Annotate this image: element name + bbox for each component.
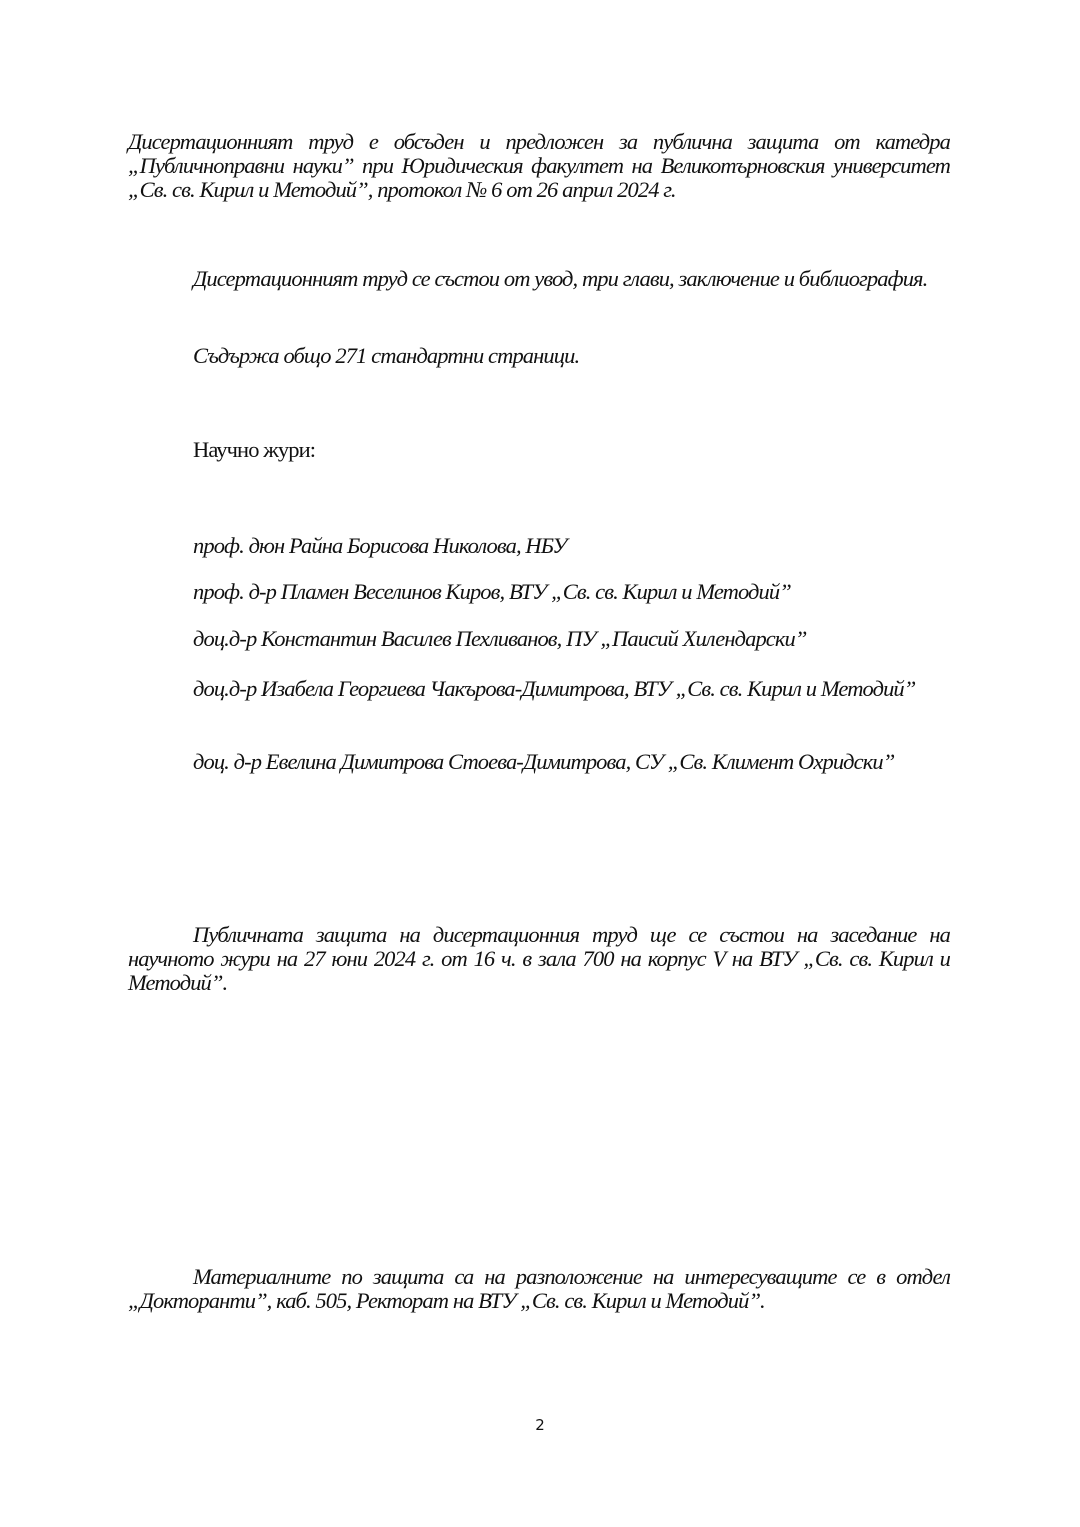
jury-member: проф. д-р Пламен Веселинов Киров, ВТУ „С… [128, 580, 950, 604]
jury-member: доц.д-р Константин Василев Пехливанов, П… [128, 627, 950, 651]
defense-paragraph: Публичната защита на дисертационния труд… [128, 923, 950, 995]
page-number: 2 [0, 1416, 1080, 1434]
materials-paragraph: Материалните по защита са на разположени… [128, 1265, 950, 1313]
document-page: Дисертационният труд е обсъден и предлож… [0, 0, 1080, 1527]
approval-paragraph: Дисертационният труд е обсъден и предлож… [128, 130, 950, 202]
structure-paragraph: Дисертационният труд се състои от увод, … [128, 267, 950, 291]
pages-paragraph: Съдържа общо 271 стандартни страници. [128, 344, 950, 368]
jury-member: доц. д-р Евелина Димитрова Стоева-Димитр… [128, 750, 950, 774]
jury-member: проф. дюн Райна Борисова Николова, НБУ [128, 534, 950, 558]
jury-heading: Научно жури: [128, 438, 950, 462]
jury-member: доц.д-р Изабела Георгиева Чакърова-Димит… [128, 677, 950, 701]
